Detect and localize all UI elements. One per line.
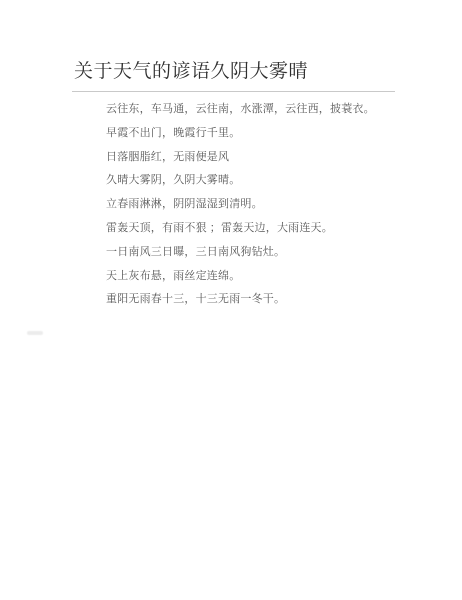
proverb-line: 一日南风三日曝，三日南风狗钻灶。	[106, 247, 406, 258]
proverb-line: 云往东，车马通，云往南，水涨潭，云往西，披蓑衣。	[106, 104, 406, 115]
page-smudge-artifact	[27, 331, 43, 335]
proverb-list: 云往东，车马通，云往南，水涨潭，云往西，披蓑衣。 早霞不出门，晚霞行千里。 日落…	[106, 104, 406, 318]
document-page: 关于天气的谚语久阴大雾晴 云往东，车马通，云往南，水涨潭，云往西，披蓑衣。 早霞…	[0, 0, 462, 600]
proverb-line: 雷轰天顶，有雨不狠 ；雷轰天边，大雨连天。	[106, 223, 406, 234]
proverb-line: 久晴大雾阴，久阴大雾晴。	[106, 175, 406, 186]
proverb-line: 立春雨淋淋，阴阴湿湿到清明。	[106, 199, 406, 210]
page-title: 关于天气的谚语久阴大雾晴	[74, 60, 404, 84]
proverb-line: 日落胭脂红，无雨便是风	[106, 152, 406, 163]
proverb-line: 早霞不出门，晚霞行千里。	[106, 128, 406, 139]
title-divider	[72, 91, 395, 92]
proverb-line: 重阳无雨春十三，十三无雨一冬干。	[106, 294, 406, 305]
proverb-line: 天上灰布悬，雨丝定连绵。	[106, 271, 406, 282]
